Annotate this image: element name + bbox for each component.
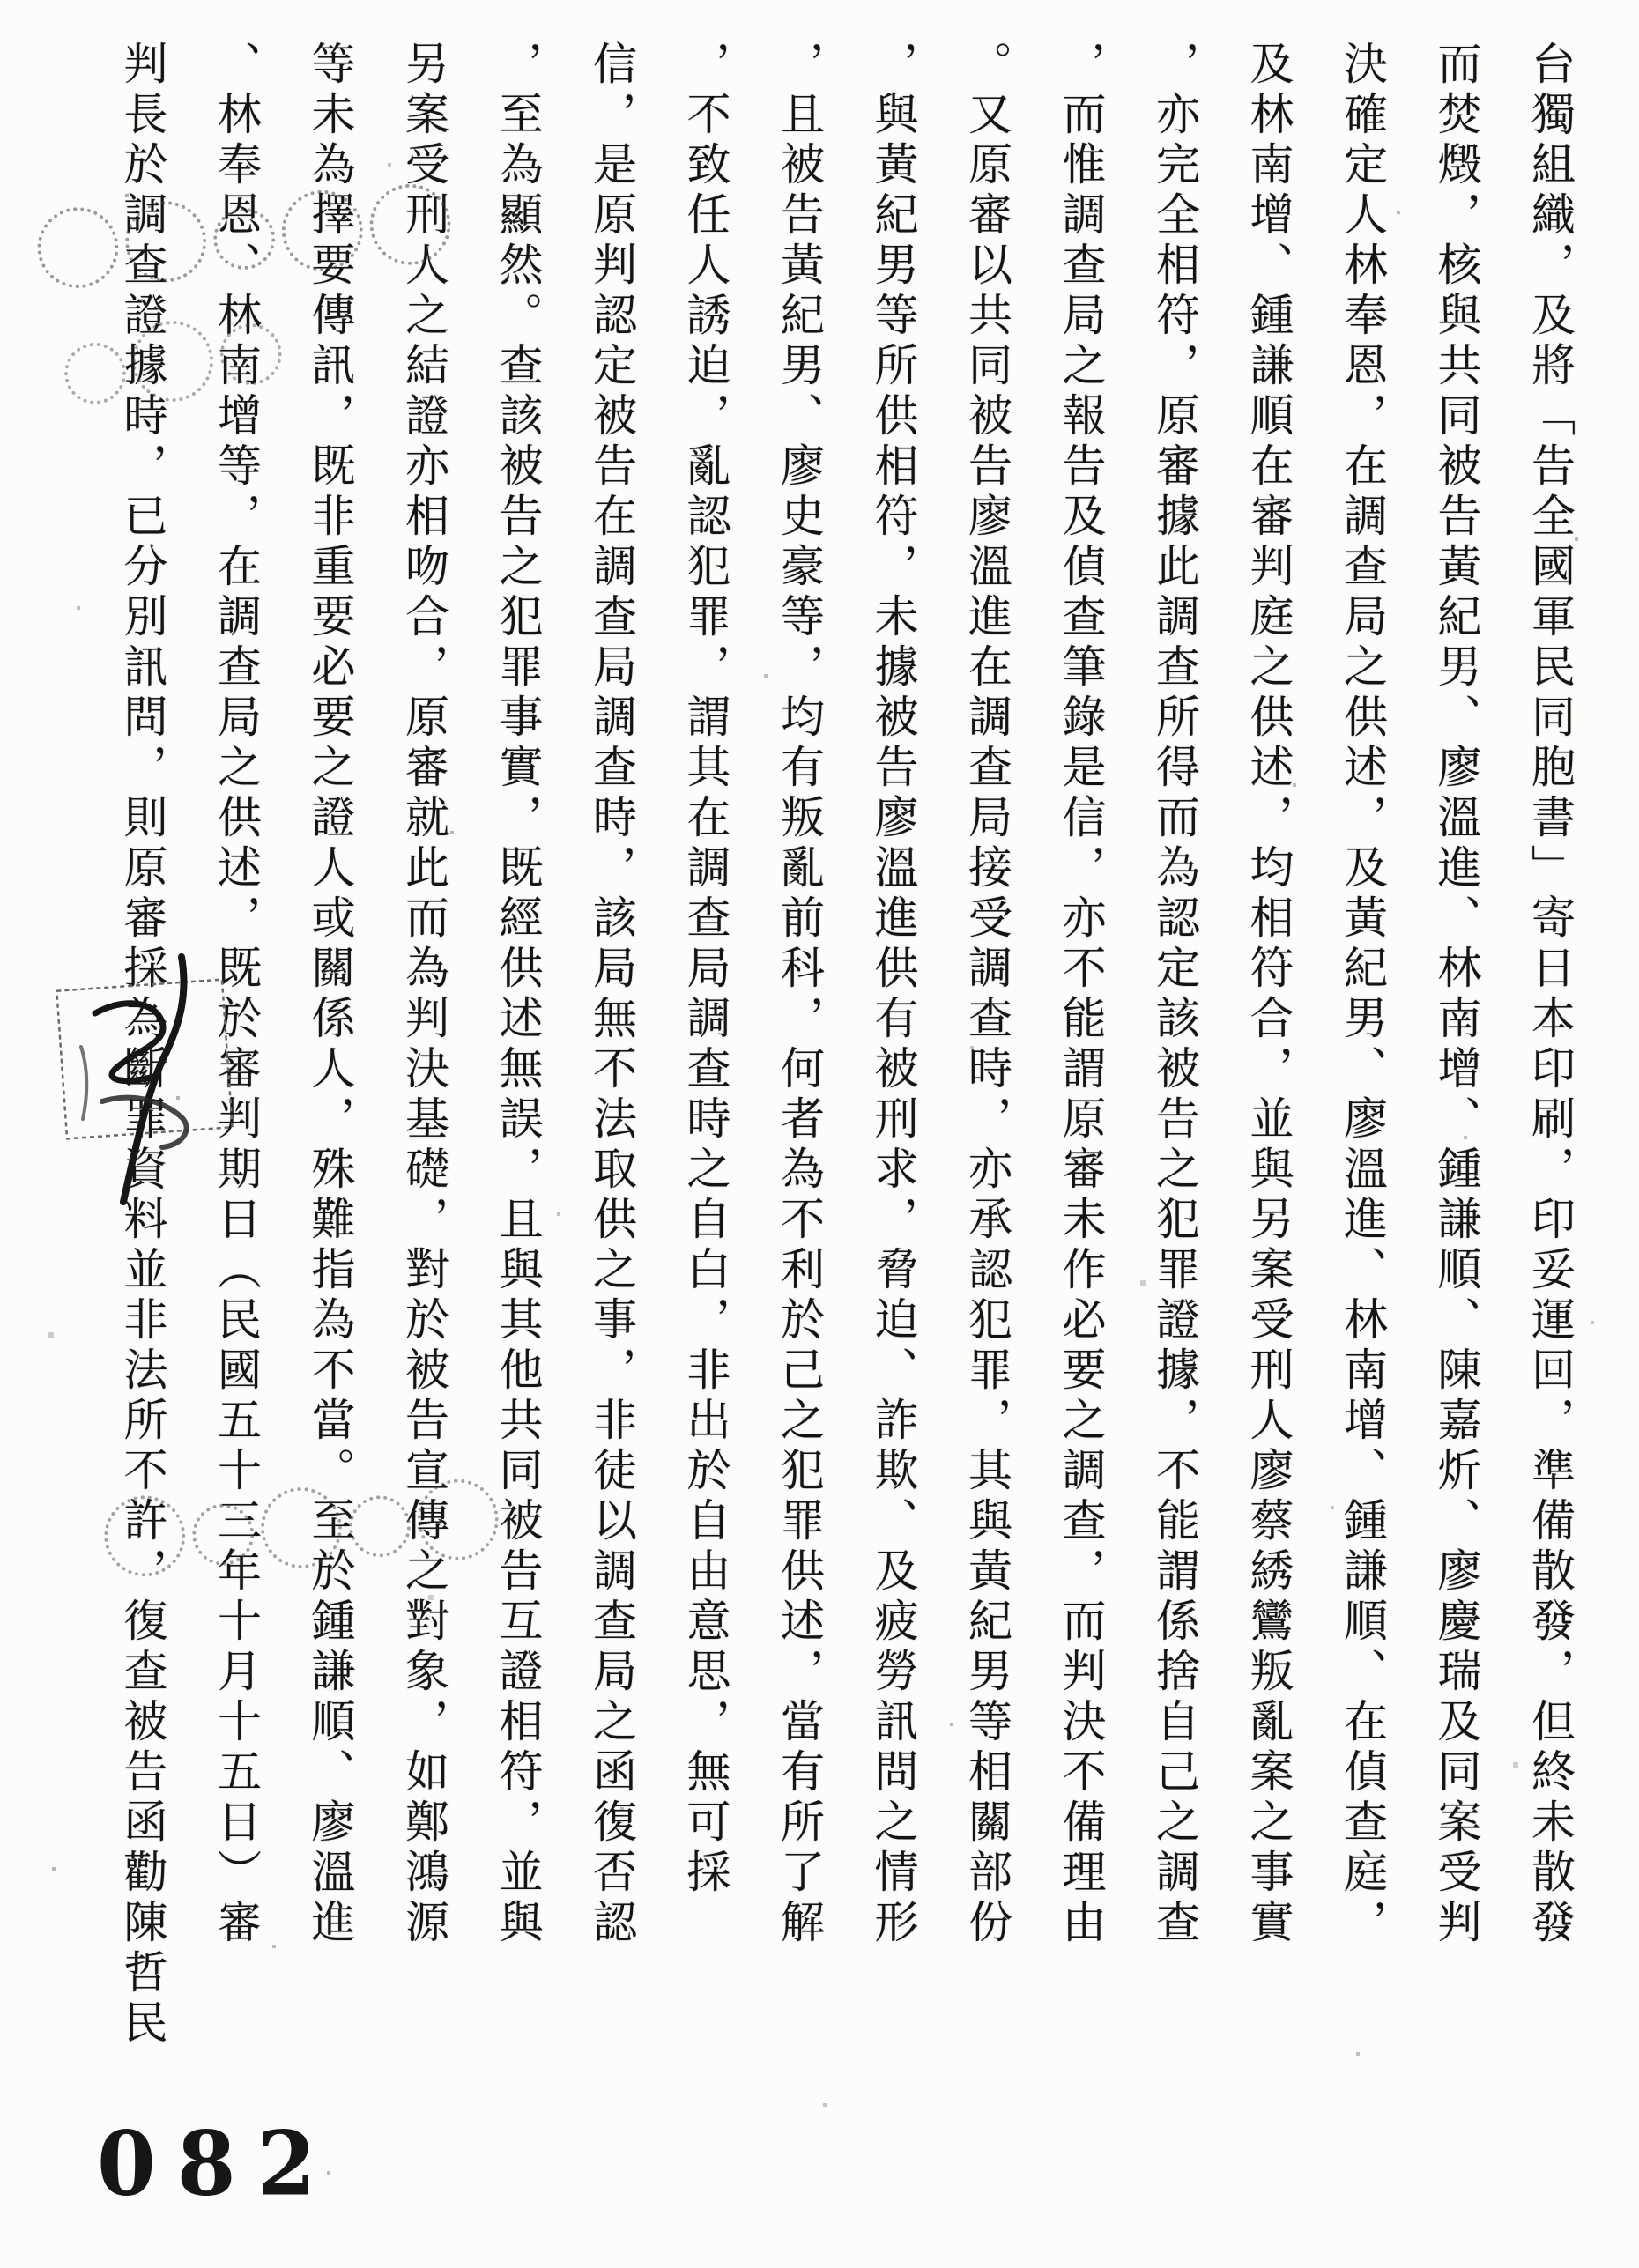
handwritten-annotation-icon: [49, 945, 261, 1227]
text-column: ，亦完全相符，原審據此調查所得而為認定該被告之犯罪證據，不能謂係捨自己之調查: [1128, 41, 1222, 2120]
text-column: 決確定人林奉恩，在調查局之供述，及黃紀男、廖溫進、林南增、鍾謙順、在偵查庭，: [1316, 41, 1410, 2120]
text-column: 及林南增、鍾謙順在審判庭之供述，均相符合，並與另案受刑人廖蔡綉鸞叛亂案之事實: [1221, 41, 1316, 2120]
stamp-ring: [34, 204, 121, 291]
text-column: 台獨組織，及將「告全國軍民同胞書」寄日本印刷，印妥運回，準備散發，但終未散發: [1503, 41, 1598, 2120]
text-column: 信，是原判認定被告在調查局調查時，該局無不法取供之事，非徒以調查局之函復否認: [565, 41, 659, 2120]
scanned-page: 台獨組織，及將「告全國軍民同胞書」寄日本印刷，印妥運回，準備散發，但終未散發 而…: [0, 0, 1639, 2268]
stamp-ring: [122, 198, 209, 285]
stamp-ring: [211, 206, 278, 272]
text-column: ，至為顯然。查該被告之犯罪事實，既經供述無誤，且與其他共同被告互證相符，並與: [471, 41, 565, 2120]
stamp-ring: [367, 182, 453, 268]
stamp-ring: [217, 320, 286, 389]
scan-noise: [0, 0, 2, 2]
text-column: ，不致任人誘迫，亂認犯罪，謂其在調查局調查時之自白，非出於自由意思，無可採: [658, 41, 753, 2120]
stamp-ring: [128, 316, 219, 407]
text-column: 。又原審以共同被告廖溫進在調查局接受調查時，亦承認犯罪，其與黃紀男等相關部份: [940, 41, 1035, 2120]
stamp-ring: [279, 188, 366, 274]
stamp-ring: [190, 1502, 256, 1568]
text-column: 等未為擇要傳訊，既非重要必要之證人或關係人，殊難指為不當。至於鍾謙順、廖溫進: [283, 41, 377, 2120]
stamp-ring: [259, 1486, 345, 1571]
stamp-ring: [61, 339, 130, 408]
text-column: ，與黃紀男等所供相符，未據被告廖溫進供有被刑求，脅迫、詐欺、及疲勞訊問之情形: [846, 41, 940, 2120]
judgment-text-block: 台獨組織，及將「告全國軍民同胞書」寄日本印刷，印妥運回，準備散發，但終未散發 而…: [95, 41, 1597, 2120]
text-column: ，而惟調查局之報告及偵查筆錄是信，亦不能謂原審未作必要之調查，而判決不備理由: [1034, 41, 1128, 2120]
stamp-ring: [415, 1477, 501, 1562]
text-column: ，且被告黃紀男、廖史豪等，均有叛亂前科，何者為不利於己之犯罪供述，當有所了解: [753, 41, 847, 2120]
text-column: 另案受刑人之結證亦相吻合，原審就此而為判決基礎，對於被告宣傳之對象，如鄭鴻源: [377, 41, 471, 2120]
stamp-ring: [347, 1494, 412, 1560]
page-number: 082: [97, 2112, 337, 2216]
stamp-ring: [102, 1493, 188, 1579]
text-column: 而焚燬，核與共同被告黃紀男、廖溫進、林南增、鍾謙順、陳嘉炘、廖慶瑞及同案受判: [1409, 41, 1503, 2120]
